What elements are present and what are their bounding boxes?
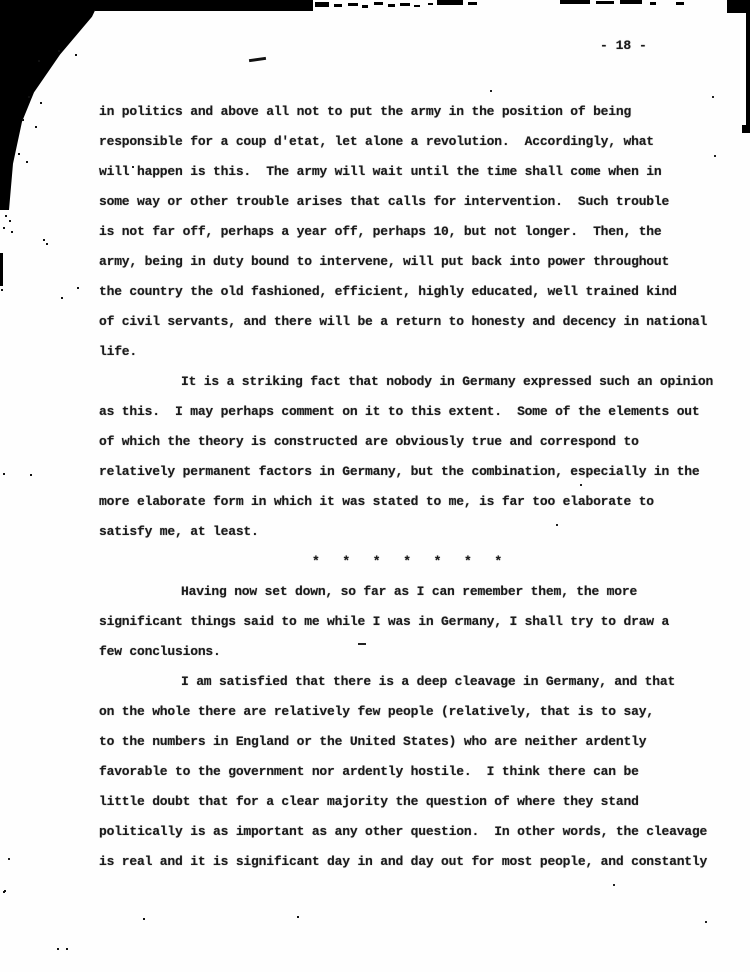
typed-line: relatively permanent factors in Germany,… xyxy=(99,457,729,487)
typed-line: It is a striking fact that nobody in Ger… xyxy=(99,367,729,397)
section-separator-asterisks: * * * * * * * xyxy=(99,547,729,577)
typed-body-text: in politics and above all not to put the… xyxy=(99,97,729,877)
scan-noise-dash xyxy=(315,2,329,7)
scan-noise-dash xyxy=(400,3,410,6)
typed-line: satisfy me, at least. xyxy=(99,517,729,547)
scan-noise-dash xyxy=(620,0,642,4)
scan-border-top-left-corner xyxy=(0,0,100,210)
page-number: - 18 - xyxy=(600,38,647,53)
scan-noise-dash xyxy=(650,2,656,5)
scan-noise-dash xyxy=(596,1,614,4)
typed-line: some way or other trouble arises that ca… xyxy=(99,187,729,217)
scan-dust-specks xyxy=(0,0,2,2)
typed-line: life. xyxy=(99,337,729,367)
scan-noise-dash xyxy=(374,2,383,5)
typed-line: politically is as important as any other… xyxy=(99,817,729,847)
scan-border-left-edge-line xyxy=(0,253,3,286)
typed-line: army, being in duty bound to intervene, … xyxy=(99,247,729,277)
scan-noise-dash xyxy=(414,5,420,7)
scan-noise-dash xyxy=(437,0,463,5)
scan-noise-dash xyxy=(428,3,433,5)
typed-line: as this. I may perhaps comment on it to … xyxy=(99,397,729,427)
typed-line: little doubt that for a clear majority t… xyxy=(99,787,729,817)
scan-border-right-edge-mark xyxy=(742,125,750,133)
typed-line: responsible for a coup d'etat, let alone… xyxy=(99,127,729,157)
scan-noise-dash xyxy=(388,4,395,7)
typed-line: is real and it is significant day in and… xyxy=(99,847,729,877)
typed-line: on the whole there are relatively few pe… xyxy=(99,697,729,727)
typed-line: of which the theory is constructed are o… xyxy=(99,427,729,457)
scan-border-top-bar xyxy=(95,0,313,11)
typed-line: few conclusions. xyxy=(99,637,729,667)
scan-border-right-edge-line xyxy=(746,0,750,133)
scanned-document-screenshot: { "document": { "page_number": "- 18 -",… xyxy=(0,0,750,972)
typed-line: to the numbers in England or the United … xyxy=(99,727,729,757)
typed-line: the country the old fashioned, efficient… xyxy=(99,277,729,307)
typed-line: will happen is this. The army will wait … xyxy=(99,157,729,187)
scan-noise-dash xyxy=(560,0,590,4)
typed-line: is not far off, perhaps a year off, perh… xyxy=(99,217,729,247)
scan-noise-dash xyxy=(348,3,358,6)
scan-noise-dash xyxy=(362,5,368,8)
typed-line: I am satisfied that there is a deep clea… xyxy=(99,667,729,697)
typed-line: in politics and above all not to put the… xyxy=(99,97,729,127)
typed-line: of civil servants, and there will be a r… xyxy=(99,307,729,337)
scan-stray-dash xyxy=(249,57,266,62)
typed-line: favorable to the government nor ardently… xyxy=(99,757,729,787)
typed-line: more elaborate form in which it was stat… xyxy=(99,487,729,517)
scan-noise-dash xyxy=(468,2,477,5)
document-page: - 18 - in politics and above all not to … xyxy=(0,0,750,972)
typed-line: Having now set down, so far as I can rem… xyxy=(99,577,729,607)
typed-line: significant things said to me while I wa… xyxy=(99,607,729,637)
scan-noise-dash xyxy=(334,4,342,7)
scan-noise-dash xyxy=(676,2,684,5)
